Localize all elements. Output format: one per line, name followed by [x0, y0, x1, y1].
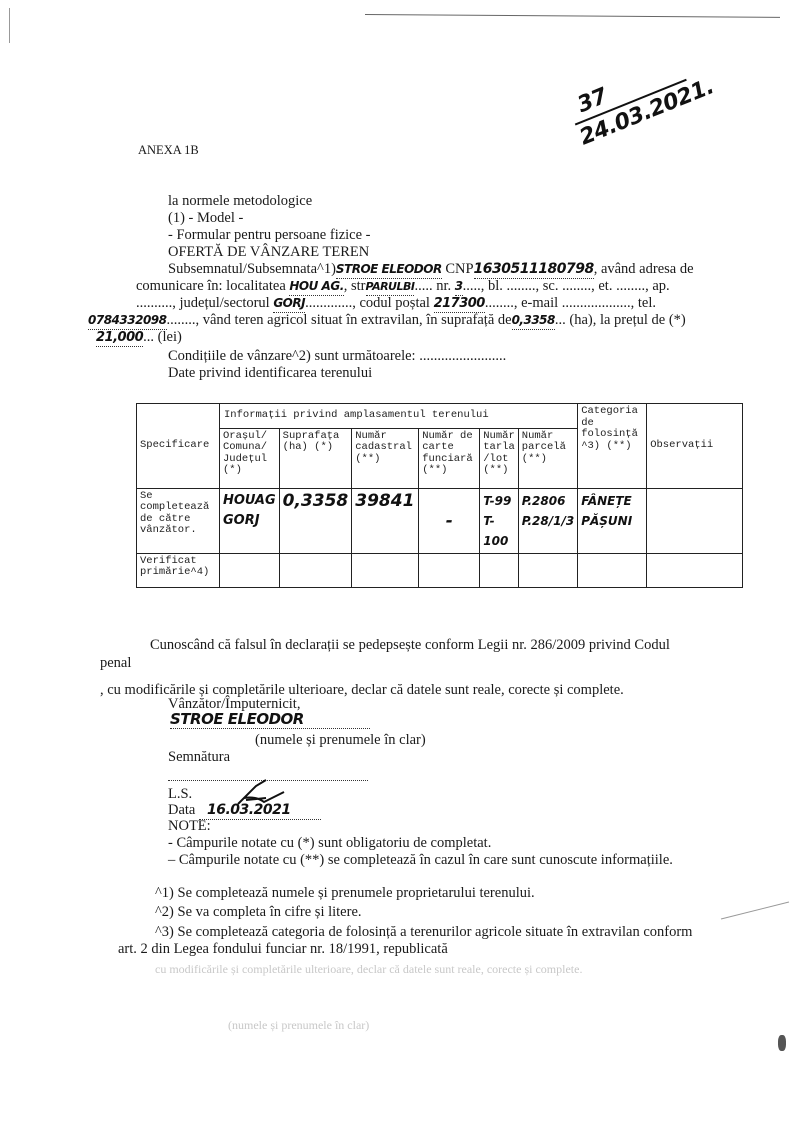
- scan-edge-line: [365, 14, 780, 18]
- cell-suprafata[interactable]: 0,3358: [279, 488, 352, 553]
- header-categoria: Categoria de folosință ^3) (**): [578, 404, 647, 489]
- cell-categoria[interactable]: [578, 553, 647, 587]
- phone-field[interactable]: 0784332098: [88, 312, 167, 330]
- footnote-3b: art. 2 din Legea fondului funciar nr. 18…: [118, 941, 448, 958]
- cell-observatii[interactable]: [647, 553, 743, 587]
- header-oras: Orașul/ Comuna/ Județul (*): [220, 428, 280, 488]
- judet-label: .........., județul/sectorul: [136, 295, 270, 311]
- date-field[interactable]: 16.03.2021: [199, 802, 321, 820]
- form-line-5: 21,000... (lei): [96, 329, 182, 347]
- cell-cadastral[interactable]: [352, 553, 419, 587]
- header-tarla: Număr tarla /lot (**): [480, 428, 519, 488]
- email-tel-label: ........, e-mail ..................., te…: [485, 295, 656, 311]
- document-title: OFERTĂ DE VÂNZARE TEREN: [168, 244, 369, 261]
- land-info-table: Specificare Informații privind amplasame…: [136, 403, 743, 588]
- localitate-field[interactable]: HOU AG.: [289, 278, 343, 296]
- header-suprafata: Suprafața (ha) (*): [279, 428, 352, 488]
- ls-label: L.S.: [168, 786, 192, 803]
- str-label: , str: [344, 278, 366, 294]
- cell-parcela[interactable]: P.2806 P.28/1/3: [518, 488, 577, 553]
- teren-label: ........, vând teren agricol situat în e…: [167, 312, 512, 328]
- row-label-seller: Se completează de către vânzător.: [137, 488, 220, 553]
- lei-label: ... (lei): [143, 329, 182, 345]
- conditions-line: Condițiile de vânzare^2) sunt următoarel…: [168, 348, 506, 365]
- date-label: Data: [168, 802, 195, 818]
- comunicare-label: comunicare în: localitatea: [136, 278, 286, 294]
- seller-name-field[interactable]: STROE ELEODOR: [170, 710, 370, 729]
- cell-carte[interactable]: [419, 553, 480, 587]
- paper-crease: [721, 902, 789, 920]
- address-label: având adresa de: [601, 261, 694, 277]
- signature-label: Semnătura: [168, 749, 230, 766]
- judet-field[interactable]: GORJ: [273, 295, 305, 313]
- bl-sc-et-ap-label: bl. ........, sc. ........, et. ........…: [488, 278, 670, 294]
- cnp-field[interactable]: 1630511180798: [474, 261, 594, 279]
- nr-label: nr.: [436, 278, 451, 294]
- cell-carte[interactable]: -: [419, 488, 480, 553]
- number-field[interactable]: 3: [455, 278, 463, 296]
- header-carte: Număr de carte funciară (**): [419, 428, 480, 488]
- declaration-line-2: penal: [100, 655, 131, 672]
- cell-oras[interactable]: HOUAG GORJ: [220, 488, 280, 553]
- ghost-text: cu modificările și completările ulterioa…: [155, 962, 582, 977]
- annex-label: ANEXA 1B: [138, 142, 199, 159]
- cnp-label: CNP: [445, 261, 473, 277]
- header-cadastral: Număr cadastral (**): [352, 428, 419, 488]
- cell-oras[interactable]: [220, 553, 280, 587]
- form-line-4: 0784332098........, vând teren agricol s…: [88, 312, 686, 330]
- header-line-1: la normele metodologice: [168, 193, 312, 210]
- table-row: Verificat primărie^4): [137, 553, 743, 587]
- table-row: Se completează de către vânzător. HOUAG …: [137, 488, 743, 553]
- header-observatii: Observații: [647, 404, 743, 489]
- form-line-1: Subsemnatul/Subsemnata^1)STROE ELEODOR C…: [168, 261, 694, 279]
- price-field[interactable]: 21,000: [96, 329, 143, 347]
- footnote-3a: ^3) Se completează categoria de folosinț…: [155, 924, 692, 941]
- ink-blot: [778, 1035, 786, 1051]
- declaration-line-1: Cunoscând că falsul în declarații se ped…: [150, 637, 670, 654]
- cell-tarla[interactable]: [480, 553, 519, 587]
- cell-suprafata[interactable]: [279, 553, 352, 587]
- land-data-heading: Date privind identificarea terenului: [168, 365, 372, 382]
- note-1: - Câmpurile notate cu (*) sunt obligator…: [168, 835, 491, 852]
- header-line-2: (1) - Model -: [168, 210, 243, 227]
- header-group-amplasament: Informații privind amplasamentul terenul…: [220, 404, 578, 429]
- footnote-1: ^1) Se completează numele și prenumele p…: [155, 885, 535, 902]
- name-hint: (numele și prenumele în clar): [255, 732, 426, 749]
- area-field[interactable]: 0,3358: [512, 312, 555, 330]
- cell-parcela[interactable]: [518, 553, 577, 587]
- form-line-3: .........., județul/sectorul GORJ.......…: [136, 295, 656, 313]
- subsemnatul-label: Subsemnatul/Subsemnata^1): [168, 261, 336, 277]
- registration-stamp: 37 24.03.2021.: [565, 45, 718, 150]
- cell-observatii[interactable]: [647, 488, 743, 553]
- header-line-3: - Formular pentru persoane fizice -: [168, 227, 371, 244]
- street-field[interactable]: PARULBI: [366, 278, 415, 296]
- postal-code-label: ............., codul poștal: [305, 295, 430, 311]
- price-label: ... (ha), la prețul de (*): [555, 312, 686, 328]
- footnote-2: ^2) Se va completa în cifre și litere.: [155, 904, 362, 921]
- header-specificare: Specificare: [137, 404, 220, 489]
- form-line-2: comunicare în: localitatea HOU AG., strP…: [136, 278, 670, 296]
- notes-title: NOTE:: [168, 818, 211, 835]
- note-2: – Câmpurile notate cu (**) se completeaz…: [168, 852, 673, 869]
- postal-code-field[interactable]: 217300: [434, 295, 485, 313]
- cell-cadastral[interactable]: 39841: [352, 488, 419, 553]
- scan-margin-mark: [9, 8, 10, 43]
- ghost-text: (numele și prenumele în clar): [228, 1018, 369, 1033]
- owner-name-field[interactable]: STROE ELEODOR: [336, 261, 442, 279]
- header-parcela: Număr parcelă (**): [518, 428, 577, 488]
- cell-categoria[interactable]: FÂNEȚE PĂȘUNI: [578, 488, 647, 553]
- cell-tarla[interactable]: T-99 T-100: [480, 488, 519, 553]
- row-label-verified: Verificat primărie^4): [137, 553, 220, 587]
